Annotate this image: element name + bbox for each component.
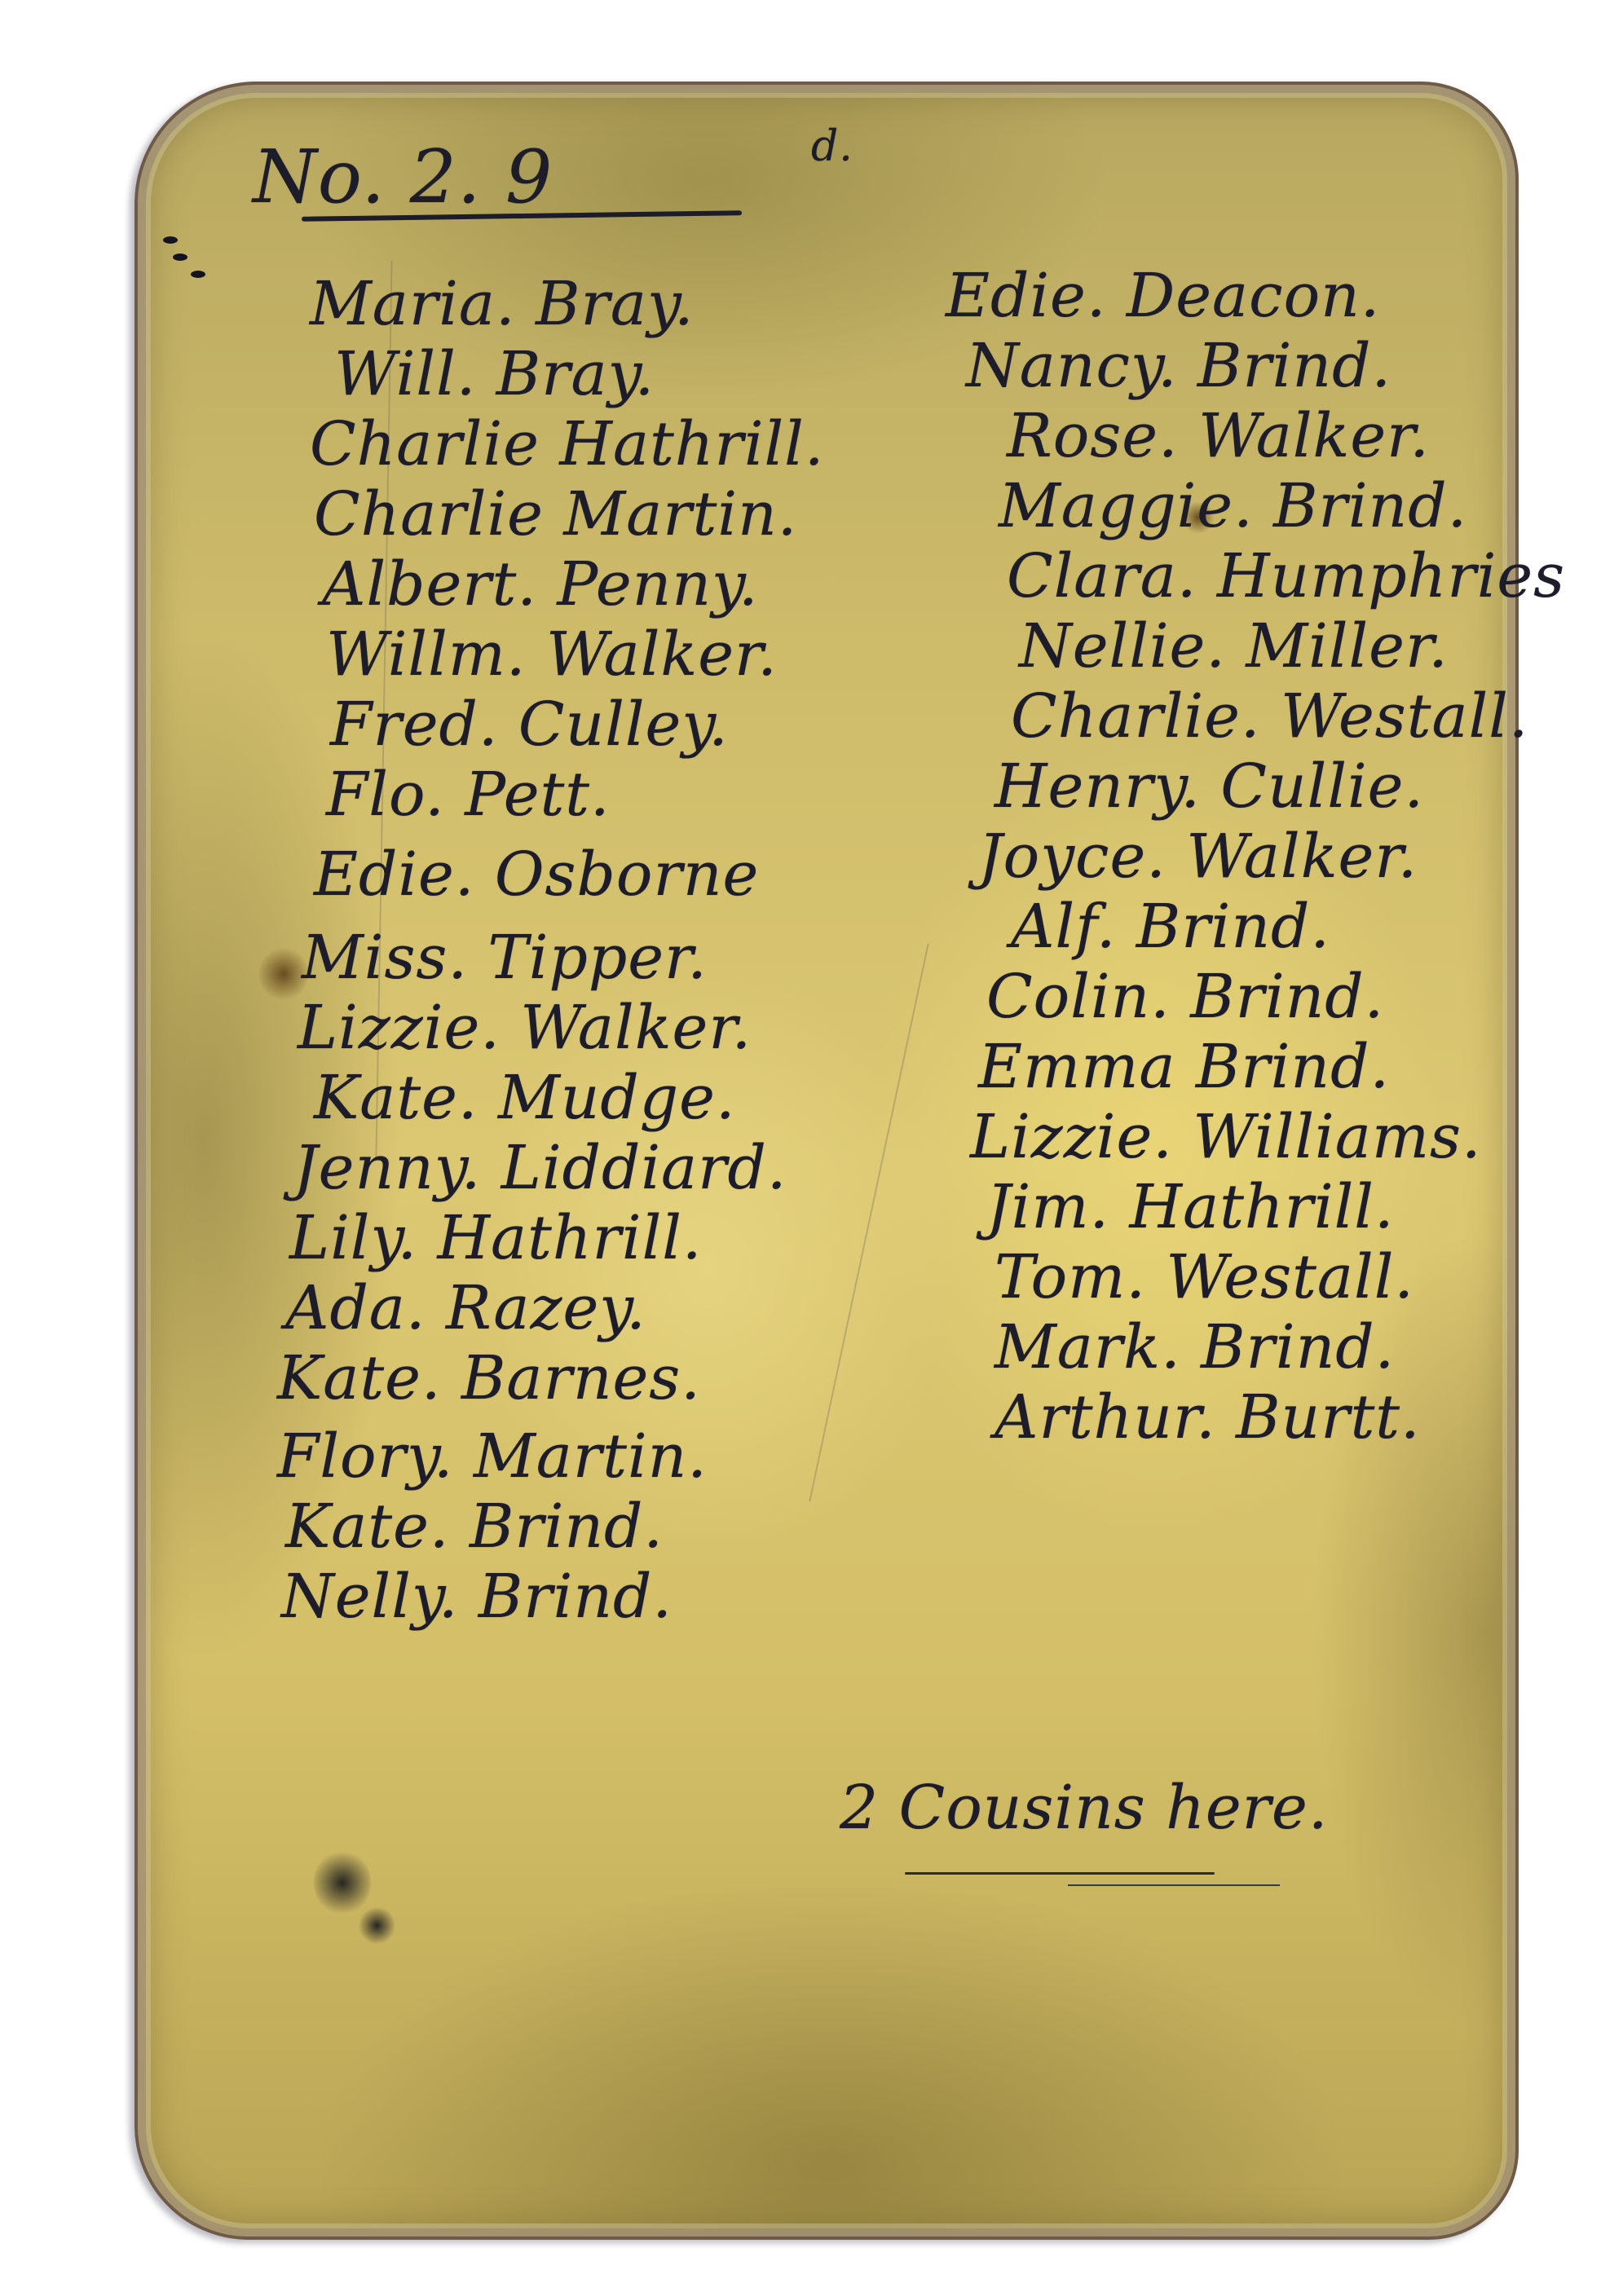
cousins-underline-secondary — [1068, 1884, 1280, 1886]
name-entry: Kate. Mudge. — [314, 1063, 824, 1133]
name-entry: Nelly. Brind. — [281, 1562, 824, 1632]
margin-marks — [163, 236, 205, 288]
name-entry: Emma Brind. — [978, 1032, 1565, 1102]
name-entry: Henry. Cullie. — [995, 751, 1565, 822]
name-entry: Arthur. Burtt. — [995, 1382, 1565, 1452]
name-entry: Nancy. Brind. — [966, 331, 1565, 401]
name-entry: Joyce. Walker. — [978, 822, 1565, 892]
name-entry: Clara. Humphries — [1007, 541, 1565, 611]
name-entry: Mark. Brind. — [995, 1312, 1565, 1382]
name-entry: Edie. Deacon. — [946, 261, 1565, 331]
name-entry: Tom. Westall. — [995, 1242, 1565, 1312]
name-entry: Rose. Walker. — [1007, 401, 1565, 471]
name-entry: Charlie. Westall. — [1011, 681, 1565, 751]
names-right-column: Edie. Deacon. Nancy. Brind. Rose. Walker… — [946, 269, 1565, 1452]
name-entry: Flory. Martin. — [277, 1421, 824, 1492]
name-entry: Lizzie. Walker. — [298, 993, 824, 1063]
card-number-header: No. 2. 9 — [253, 134, 553, 220]
name-entry: Charlie Martin. — [314, 479, 824, 549]
header-superscript: d. — [811, 122, 853, 171]
name-entry: Charlie Hathrill. — [310, 409, 824, 479]
cousins-note: 2 Cousins here. — [840, 1773, 1328, 1843]
name-entry: Colin. Brind. — [986, 962, 1565, 1032]
name-entry: Edie. Osborne — [314, 840, 824, 910]
names-left-column: Maria. Bray. Will. Bray. Charlie Hathril… — [293, 269, 824, 1632]
name-entry: Kate. Brind. — [285, 1492, 824, 1562]
ink-blot — [314, 1850, 371, 1915]
name-entry: Maria. Bray. — [310, 269, 824, 339]
name-entry: Flo. Pett. — [326, 760, 824, 830]
cousins-underline — [905, 1872, 1215, 1875]
name-entry: Maggie. Brind. — [999, 471, 1565, 541]
name-entry: Miss. Tipper. — [302, 923, 824, 993]
name-entry: Jenny. Liddiard. — [293, 1133, 824, 1203]
name-entry: Lizzie. Williams. — [970, 1102, 1565, 1172]
name-entry: Nellie. Miller. — [1019, 611, 1565, 681]
name-entry: Kate. Barnes. — [277, 1343, 824, 1413]
name-entry: Jim. Hathrill. — [986, 1172, 1565, 1242]
name-entry: Willm. Walker. — [326, 619, 824, 690]
ink-blot — [359, 1907, 395, 1944]
name-entry: Albert. Penny. — [322, 549, 824, 619]
name-entry: Will. Bray. — [334, 339, 824, 409]
name-entry: Ada. Razey. — [285, 1273, 824, 1343]
name-entry: Alf. Brind. — [1011, 892, 1565, 962]
name-entry: Fred. Culley. — [330, 690, 824, 760]
name-entry: Lily. Hathrill. — [289, 1203, 824, 1273]
